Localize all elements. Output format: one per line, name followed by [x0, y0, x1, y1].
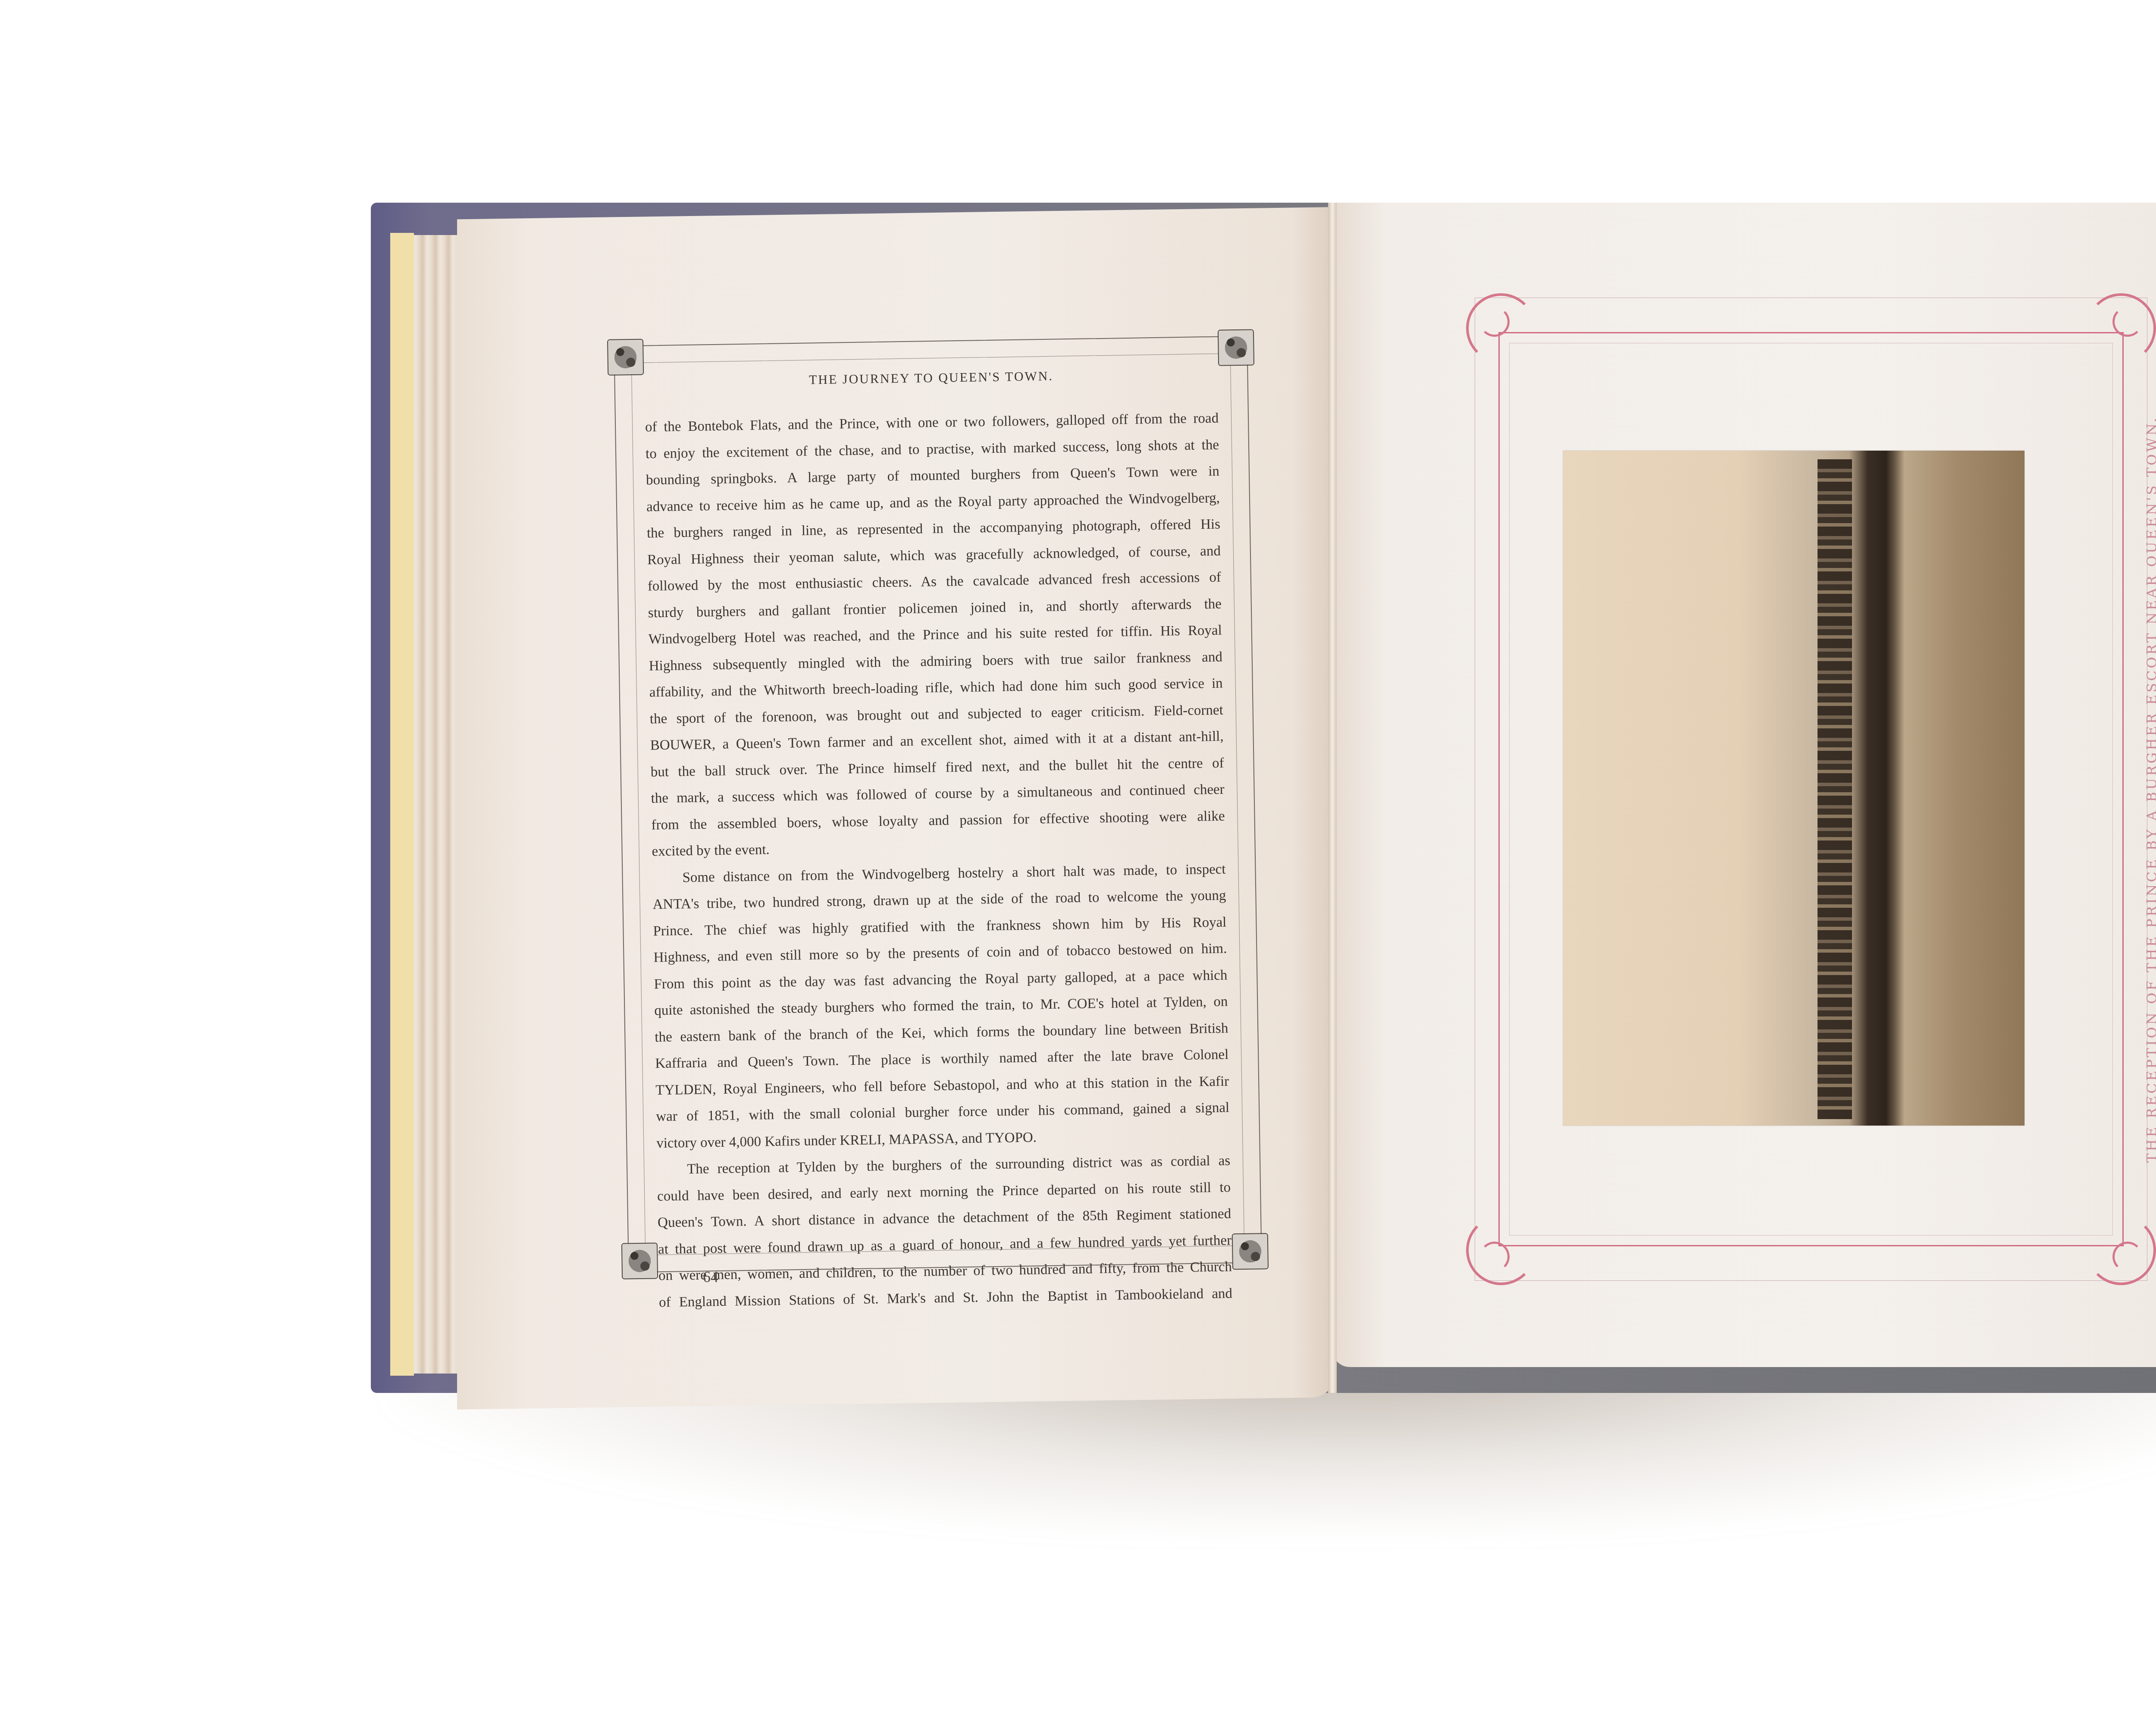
- left-text-frame: THE JOURNEY TO QUEEN'S TOWN. of the Bont…: [614, 336, 1262, 1273]
- burgher-escort-line: [1818, 459, 1852, 1119]
- left-endpaper: [390, 233, 414, 1376]
- corner-ornament-icon: [1232, 1233, 1269, 1270]
- flourish-corner-icon: [2086, 1215, 2156, 1285]
- book-gutter: [1328, 203, 1337, 1393]
- flourish-corner-icon: [2086, 293, 2156, 363]
- albumen-photograph: [1563, 451, 2024, 1126]
- corner-ornament-icon: [621, 1242, 658, 1279]
- page-number: 64: [703, 1268, 718, 1286]
- flourish-corner-icon: [1466, 293, 1536, 363]
- corner-ornament-icon: [1218, 329, 1254, 366]
- plate-caption: THE RECEPTION OF THE PRINCE BY A BURGHER…: [2143, 416, 2156, 1163]
- corner-ornament-icon: [607, 339, 644, 376]
- flourish-corner-icon: [1466, 1215, 1536, 1285]
- body-text: of the Bontebok Flats, and the Prince, w…: [645, 405, 1233, 1316]
